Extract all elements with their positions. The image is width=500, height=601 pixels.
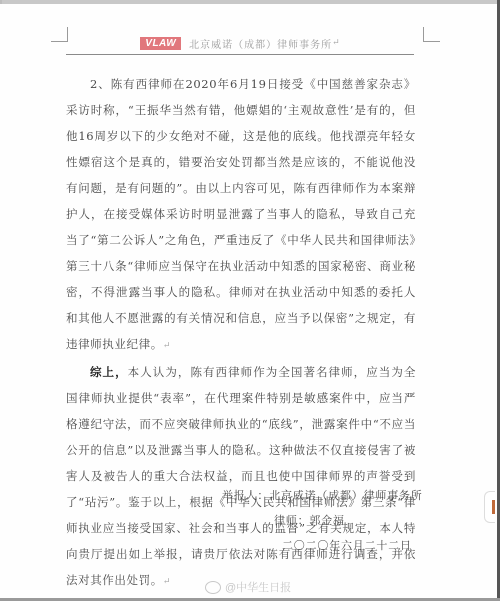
weibo-watermark: @中华生日报	[205, 579, 291, 595]
lawyer-line: 律师：郭金福	[274, 512, 345, 528]
firm-name-header: 北京威诺（成都）律师事务所	[189, 36, 332, 51]
document-page: VLAW 北京威诺（成都）律师事务所 ↵ 2、陈有西律师在2020年6月19日接…	[0, 4, 497, 598]
watermark-text: @中华生日报	[225, 579, 291, 595]
paragraph-1: 2、陈有西律师在2020年6月19日接受《中国慈善家杂志》采访时称，“王振华当然…	[66, 71, 416, 359]
paragraph-mark-icon: ↵	[163, 577, 171, 587]
paragraph-mark-icon: ↵	[66, 468, 74, 478]
paragraph-2-text: 本人认为，陈有西律师作为全国著名律师，应当为全国律师执业提供“表率”，在代理案件…	[66, 365, 416, 587]
document-body: 2、陈有西律师在2020年6月19日接受《中国慈善家杂志》采访时称，“王振华当然…	[66, 71, 416, 595]
reporter-line: 举报人：北京威诺（成都）律师事务所	[222, 487, 423, 503]
side-panel-tab[interactable]	[484, 491, 495, 523]
paragraph-2-lead: 综上，	[90, 365, 128, 379]
weibo-icon	[205, 581, 221, 594]
margin-corner-top-right	[423, 27, 440, 42]
date-line: 二〇二〇年六月二十二日	[282, 537, 412, 553]
paragraph-mark-icon: ↵	[332, 38, 340, 48]
header-divider	[66, 54, 414, 55]
paragraph-2: 综上，本人认为，陈有西律师作为全国著名律师，应当为全国律师执业提供“表率”，在代…	[66, 359, 416, 595]
vlaw-logo: VLAW	[140, 37, 181, 50]
paragraph-mark-icon: ↵	[163, 341, 171, 351]
paragraph-1-text: 2、陈有西律师在2020年6月19日接受《中国慈善家杂志》采访时称，“王振华当然…	[66, 77, 416, 351]
document-header: VLAW 北京威诺（成都）律师事务所 ↵	[66, 32, 414, 54]
